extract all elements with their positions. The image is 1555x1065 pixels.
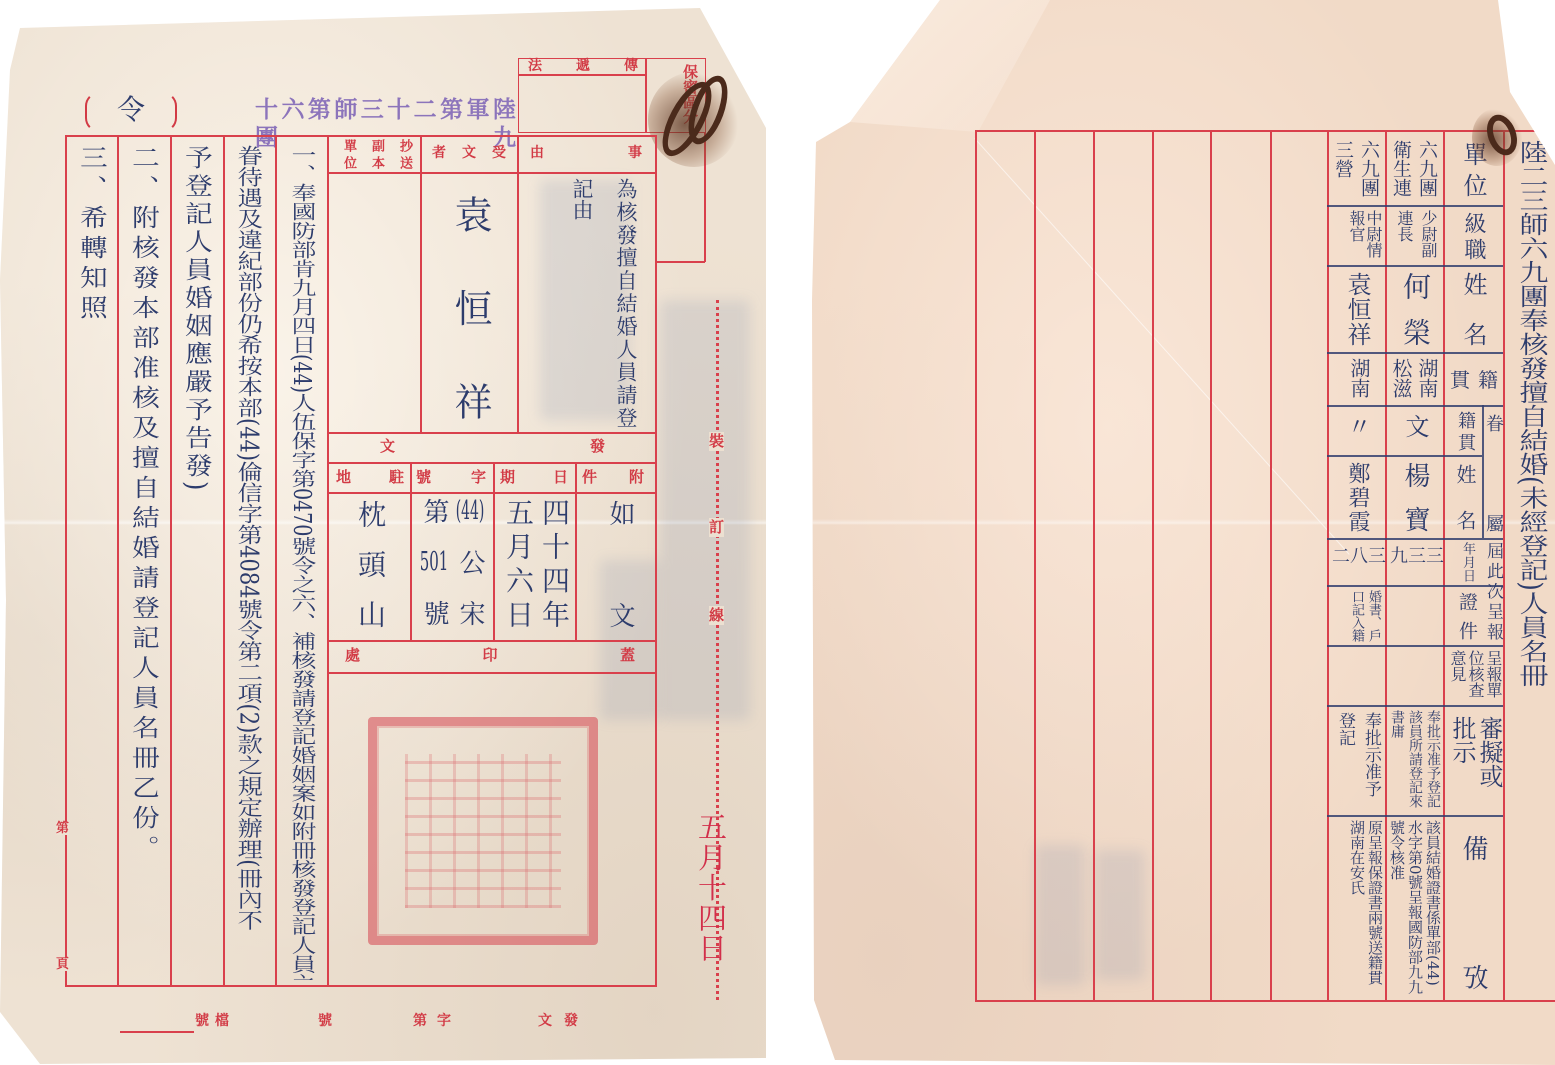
divider (517, 135, 519, 432)
column-rule (1152, 130, 1154, 1002)
station-value: 枕頭山 (350, 500, 390, 628)
row-remarks: 該員結婚證書係單部(44)水字第0號呈報國防部九九號令核准 (1388, 820, 1442, 996)
row-line (1327, 645, 1503, 647)
row-family-name: 楊寶 (1400, 462, 1430, 532)
header-marriage-date: 年月日 (1454, 542, 1480, 582)
header-rank: 級職 (1458, 212, 1488, 260)
row-line (1327, 705, 1503, 707)
official-seal (368, 717, 598, 945)
row-line (1327, 405, 1503, 407)
divider (327, 640, 655, 642)
bleed-through-ink (1035, 845, 1085, 985)
divider (327, 492, 655, 494)
footer-zi-di-label: 字第 (413, 1014, 451, 1028)
document-page-1: 令 陸軍第二十三師第六十九團 傳遞法 保密區分 抄送副本單位 受文者 事由 袁恒… (0, 0, 770, 1065)
row-family-native-place: 文 (1400, 414, 1430, 452)
column-rule (1034, 130, 1036, 1002)
subject-text: 為核發擅自結婚人員請登記由 (560, 178, 648, 428)
column-rule (1503, 130, 1505, 1002)
row-line (1327, 205, 1503, 207)
attachment-label: 附件 (582, 470, 644, 485)
frame-bottom (975, 1000, 1555, 1002)
row-review (1388, 650, 1440, 702)
row-marriage-date: 三三九 (1388, 546, 1442, 568)
divider (327, 462, 655, 464)
divider (655, 261, 705, 263)
page-marker-ye: 頁 (56, 958, 69, 971)
column-rule (1270, 130, 1272, 1002)
document-type: 令 (85, 92, 177, 130)
reference-number-year-word: (44)公宋 (452, 498, 488, 626)
divider (420, 135, 422, 432)
row-line (1327, 815, 1503, 817)
row-family-native-place: 〃 (1342, 414, 1372, 452)
date-value: 四十四年五月六日 (500, 498, 572, 628)
header-remarks: 備攷 (1458, 835, 1488, 990)
reference-suffix: 號 (419, 600, 449, 626)
row-family-name: 鄭碧霞 (1342, 462, 1372, 532)
attachment-value: 如文 (600, 500, 640, 628)
binding-line-char: 訂 (709, 518, 724, 537)
divider (645, 58, 647, 132)
row-documents: 婚書、戶口記入籍 (1330, 590, 1382, 642)
recipient-label: 受文者 (432, 146, 506, 160)
row-decision: 奉批示准予登記 (1330, 712, 1384, 808)
bleed-through-ink (1095, 850, 1145, 980)
seal-area-label: 蓋印處 (345, 648, 635, 663)
row-remarks: 原呈報保證書兩號送籍貫湖南在安氏 (1330, 820, 1384, 996)
frame-top (975, 130, 1555, 132)
row-marriage-date: 三八二 (1330, 546, 1384, 568)
footer-file-number-label: 檔號 (195, 1014, 229, 1028)
column-rule (1385, 130, 1387, 1002)
paper-crease (974, 138, 1349, 555)
binding-string-knot (1472, 108, 1522, 166)
dispatch-label: 發文 (380, 439, 605, 454)
column-rule (1327, 130, 1329, 1002)
row-line (1327, 538, 1503, 540)
row-line (1327, 352, 1503, 354)
column-rule (1443, 130, 1445, 1002)
header-decision: 審擬或批示 (1448, 716, 1502, 798)
binding-string-knot (648, 72, 740, 167)
file-number-underline (120, 1031, 194, 1033)
header-family-native-place: 籍貫 (1450, 411, 1480, 451)
body-paragraph-1-continued: 眷待遇及違紀部份仍希按本部(44)倫信字第4084號令第二項(2)款之規定辦理(… (221, 145, 276, 980)
reference-word: 公宋 (455, 549, 485, 626)
row-name: 袁恒祥 (1340, 272, 1374, 346)
row-documents (1388, 590, 1440, 642)
row-native-place: 湖南松滋 (1388, 358, 1440, 402)
reference-prefix: 第 (419, 498, 449, 549)
row-name: 何榮 (1398, 272, 1432, 346)
divider (493, 462, 495, 640)
divider (410, 462, 412, 640)
body-paragraph-1: 一、奉國防部肯九月四日(44)人伍保字第0470號令之六、補核發請登記婚姻案如附… (272, 145, 332, 980)
column-rule (975, 130, 977, 1002)
header-documents: 證件 (1454, 592, 1480, 640)
row-line (1327, 585, 1503, 587)
header-name: 姓名 (1458, 272, 1488, 346)
binding-line-char: 線 (709, 606, 724, 625)
reference-number-serial: 第501號 (416, 498, 452, 626)
header-native-place: 籍貫 (1450, 368, 1498, 392)
date-label: 日期 (500, 470, 568, 485)
row-unit: 六九團三營 (1330, 140, 1382, 202)
register-title: 陸二三師六九團奉核發擅自結婚(未經登記)人員名冊 (1506, 140, 1555, 710)
row-rank: 中尉情報官 (1330, 210, 1382, 262)
open-paren-mark (85, 92, 101, 132)
body-paragraph-1-end: 予登記人員婚姻應嚴予告發) (170, 145, 223, 980)
header-family: 眷屬 (1483, 414, 1503, 532)
document-type-label: 令 (115, 94, 147, 126)
header-review: 呈報單位核查意見 (1448, 650, 1502, 702)
transmission-method-label: 傳遞法 (528, 59, 638, 73)
column-rule (1093, 130, 1095, 1002)
divider (327, 672, 655, 674)
column-rule (1210, 130, 1212, 1002)
divider (327, 432, 655, 434)
page-marker-di: 第 (56, 822, 69, 835)
row-line (1327, 455, 1482, 457)
footer-dispatch-label: 發文 (538, 1014, 578, 1028)
cc-units-label: 抄送副本單位 (334, 139, 418, 169)
row-line (1327, 265, 1503, 267)
body-paragraph-2: 二、附核發本部准核及擅自結婚請登記人員名冊乙份。 (117, 145, 170, 980)
reference-number: 501 (419, 549, 449, 600)
close-paren-mark (161, 92, 177, 132)
row-review (1330, 650, 1382, 702)
bleed-through-ink (660, 300, 750, 720)
binding-line-char: 裝 (709, 432, 724, 451)
footer-hao-label: 號 (318, 1014, 332, 1028)
row-native-place: 湖南 (1342, 358, 1372, 402)
reference-year: (44) (455, 498, 485, 549)
folded-corner (810, 0, 1070, 160)
received-date-note: 五月十四日 (688, 812, 734, 962)
recipient-name: 袁恒祥 (445, 195, 495, 420)
header-family-name: 姓名 (1450, 464, 1480, 530)
row-unit: 六九團衛生連 (1388, 140, 1440, 202)
row-decision: 奉批示准予登記該員所請登記來書庸 (1388, 710, 1442, 810)
document-page-2: 陸二三師六九團奉核發擅自結婚(未經登記)人員名冊 單位 級職 姓名 籍貫 眷屬 … (810, 0, 1555, 1065)
divider (327, 172, 655, 174)
divider (575, 462, 577, 640)
body-paragraph-3: 三、希轉知照 (65, 145, 118, 980)
divider (518, 74, 645, 76)
subject-label: 事由 (530, 146, 642, 160)
reference-number-label: 字號 (416, 470, 486, 485)
row-rank: 少尉副連長 (1388, 210, 1440, 262)
station-label: 駐地 (336, 470, 404, 485)
header-report: 屆此次呈報 (1483, 542, 1503, 640)
